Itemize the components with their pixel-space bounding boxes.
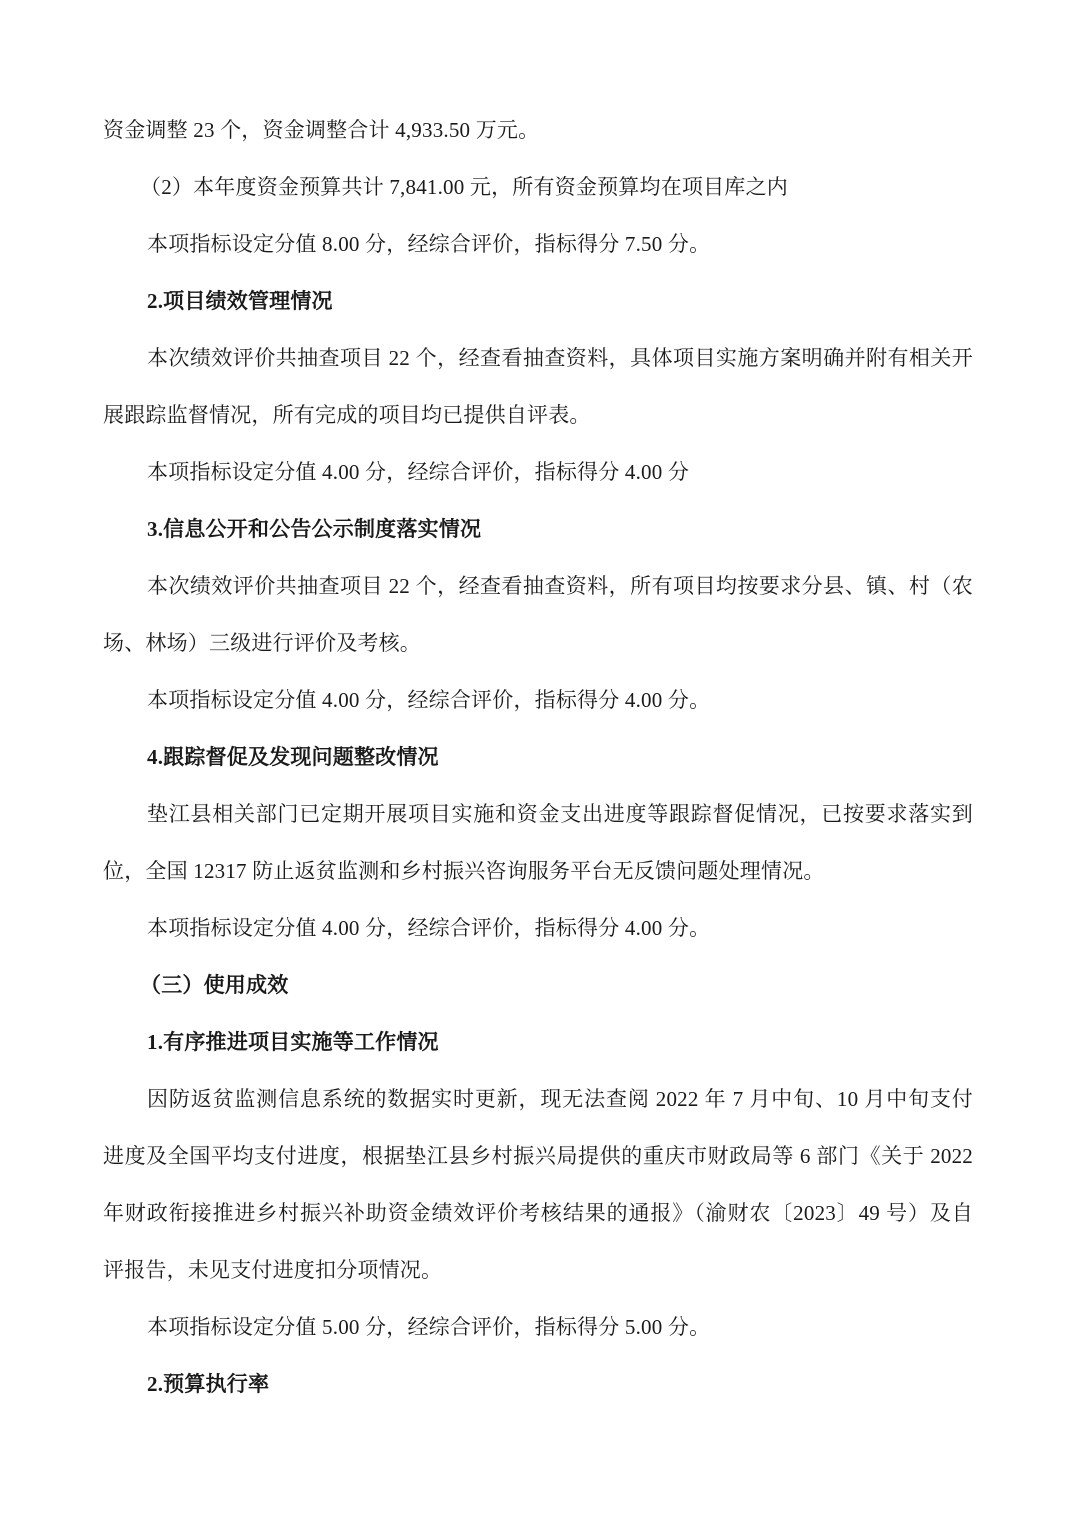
body-text-line: 进度及全国平均支付进度，根据垫江县乡村振兴局提供的重庆市财政局等 6 部门《关于… bbox=[103, 1142, 973, 1170]
subsection-heading: 4.跟踪督促及发现问题整改情况 bbox=[147, 743, 973, 771]
document-page: 资金调整 23 个，资金调整合计 4,933.50 万元。 （2）本年度资金预算… bbox=[0, 0, 1074, 1520]
body-text-line: 展跟踪监督情况，所有完成的项目均已提供自评表。 bbox=[103, 401, 973, 429]
subsection-heading: 1.有序推进项目实施等工作情况 bbox=[147, 1028, 973, 1056]
subsection-heading: 2.项目绩效管理情况 bbox=[147, 287, 973, 315]
score-line: 本项指标设定分值 4.00 分，经综合评价，指标得分 4.00 分 bbox=[147, 458, 973, 486]
body-text-line: 年财政衔接推进乡村振兴补助资金绩效评价考核结果的通报》（渝财农〔2023〕49 … bbox=[103, 1199, 973, 1227]
subsection-heading: 3.信息公开和公告公示制度落实情况 bbox=[147, 515, 973, 543]
subsection-heading: 2.预算执行率 bbox=[147, 1370, 973, 1398]
section-heading: （三）使用成效 bbox=[140, 971, 1010, 999]
paragraph-line: 本次绩效评价共抽查项目 22 个，经查看抽查资料，所有项目均按要求分县、镇、村（… bbox=[147, 572, 973, 600]
score-line: 本项指标设定分值 5.00 分，经综合评价，指标得分 5.00 分。 bbox=[147, 1313, 973, 1341]
paragraph-line: 垫江县相关部门已定期开展项目实施和资金支出进度等跟踪督促情况，已按要求落实到 bbox=[147, 800, 973, 828]
body-text-line: 场、林场）三级进行评价及考核。 bbox=[103, 629, 973, 657]
body-text-line: 评报告，未见支付进度扣分项情况。 bbox=[103, 1256, 973, 1284]
body-text-line: 资金调整 23 个，资金调整合计 4,933.50 万元。 bbox=[103, 116, 973, 144]
paragraph-line: 本次绩效评价共抽查项目 22 个，经查看抽查资料，具体项目实施方案明确并附有相关… bbox=[147, 344, 973, 372]
score-line: 本项指标设定分值 8.00 分，经综合评价，指标得分 7.50 分。 bbox=[147, 230, 973, 258]
paragraph-line: 因防返贫监测信息系统的数据实时更新，现无法查阅 2022 年 7 月中旬、10 … bbox=[147, 1085, 973, 1113]
score-line: 本项指标设定分值 4.00 分，经综合评价，指标得分 4.00 分。 bbox=[147, 686, 973, 714]
score-line: 本项指标设定分值 4.00 分，经综合评价，指标得分 4.00 分。 bbox=[147, 914, 973, 942]
budget-item-line: （2）本年度资金预算共计 7,841.00 元，所有资金预算均在项目库之内 bbox=[140, 173, 1010, 201]
body-text-line: 位，全国 12317 防止返贫监测和乡村振兴咨询服务平台无反馈问题处理情况。 bbox=[103, 857, 973, 885]
